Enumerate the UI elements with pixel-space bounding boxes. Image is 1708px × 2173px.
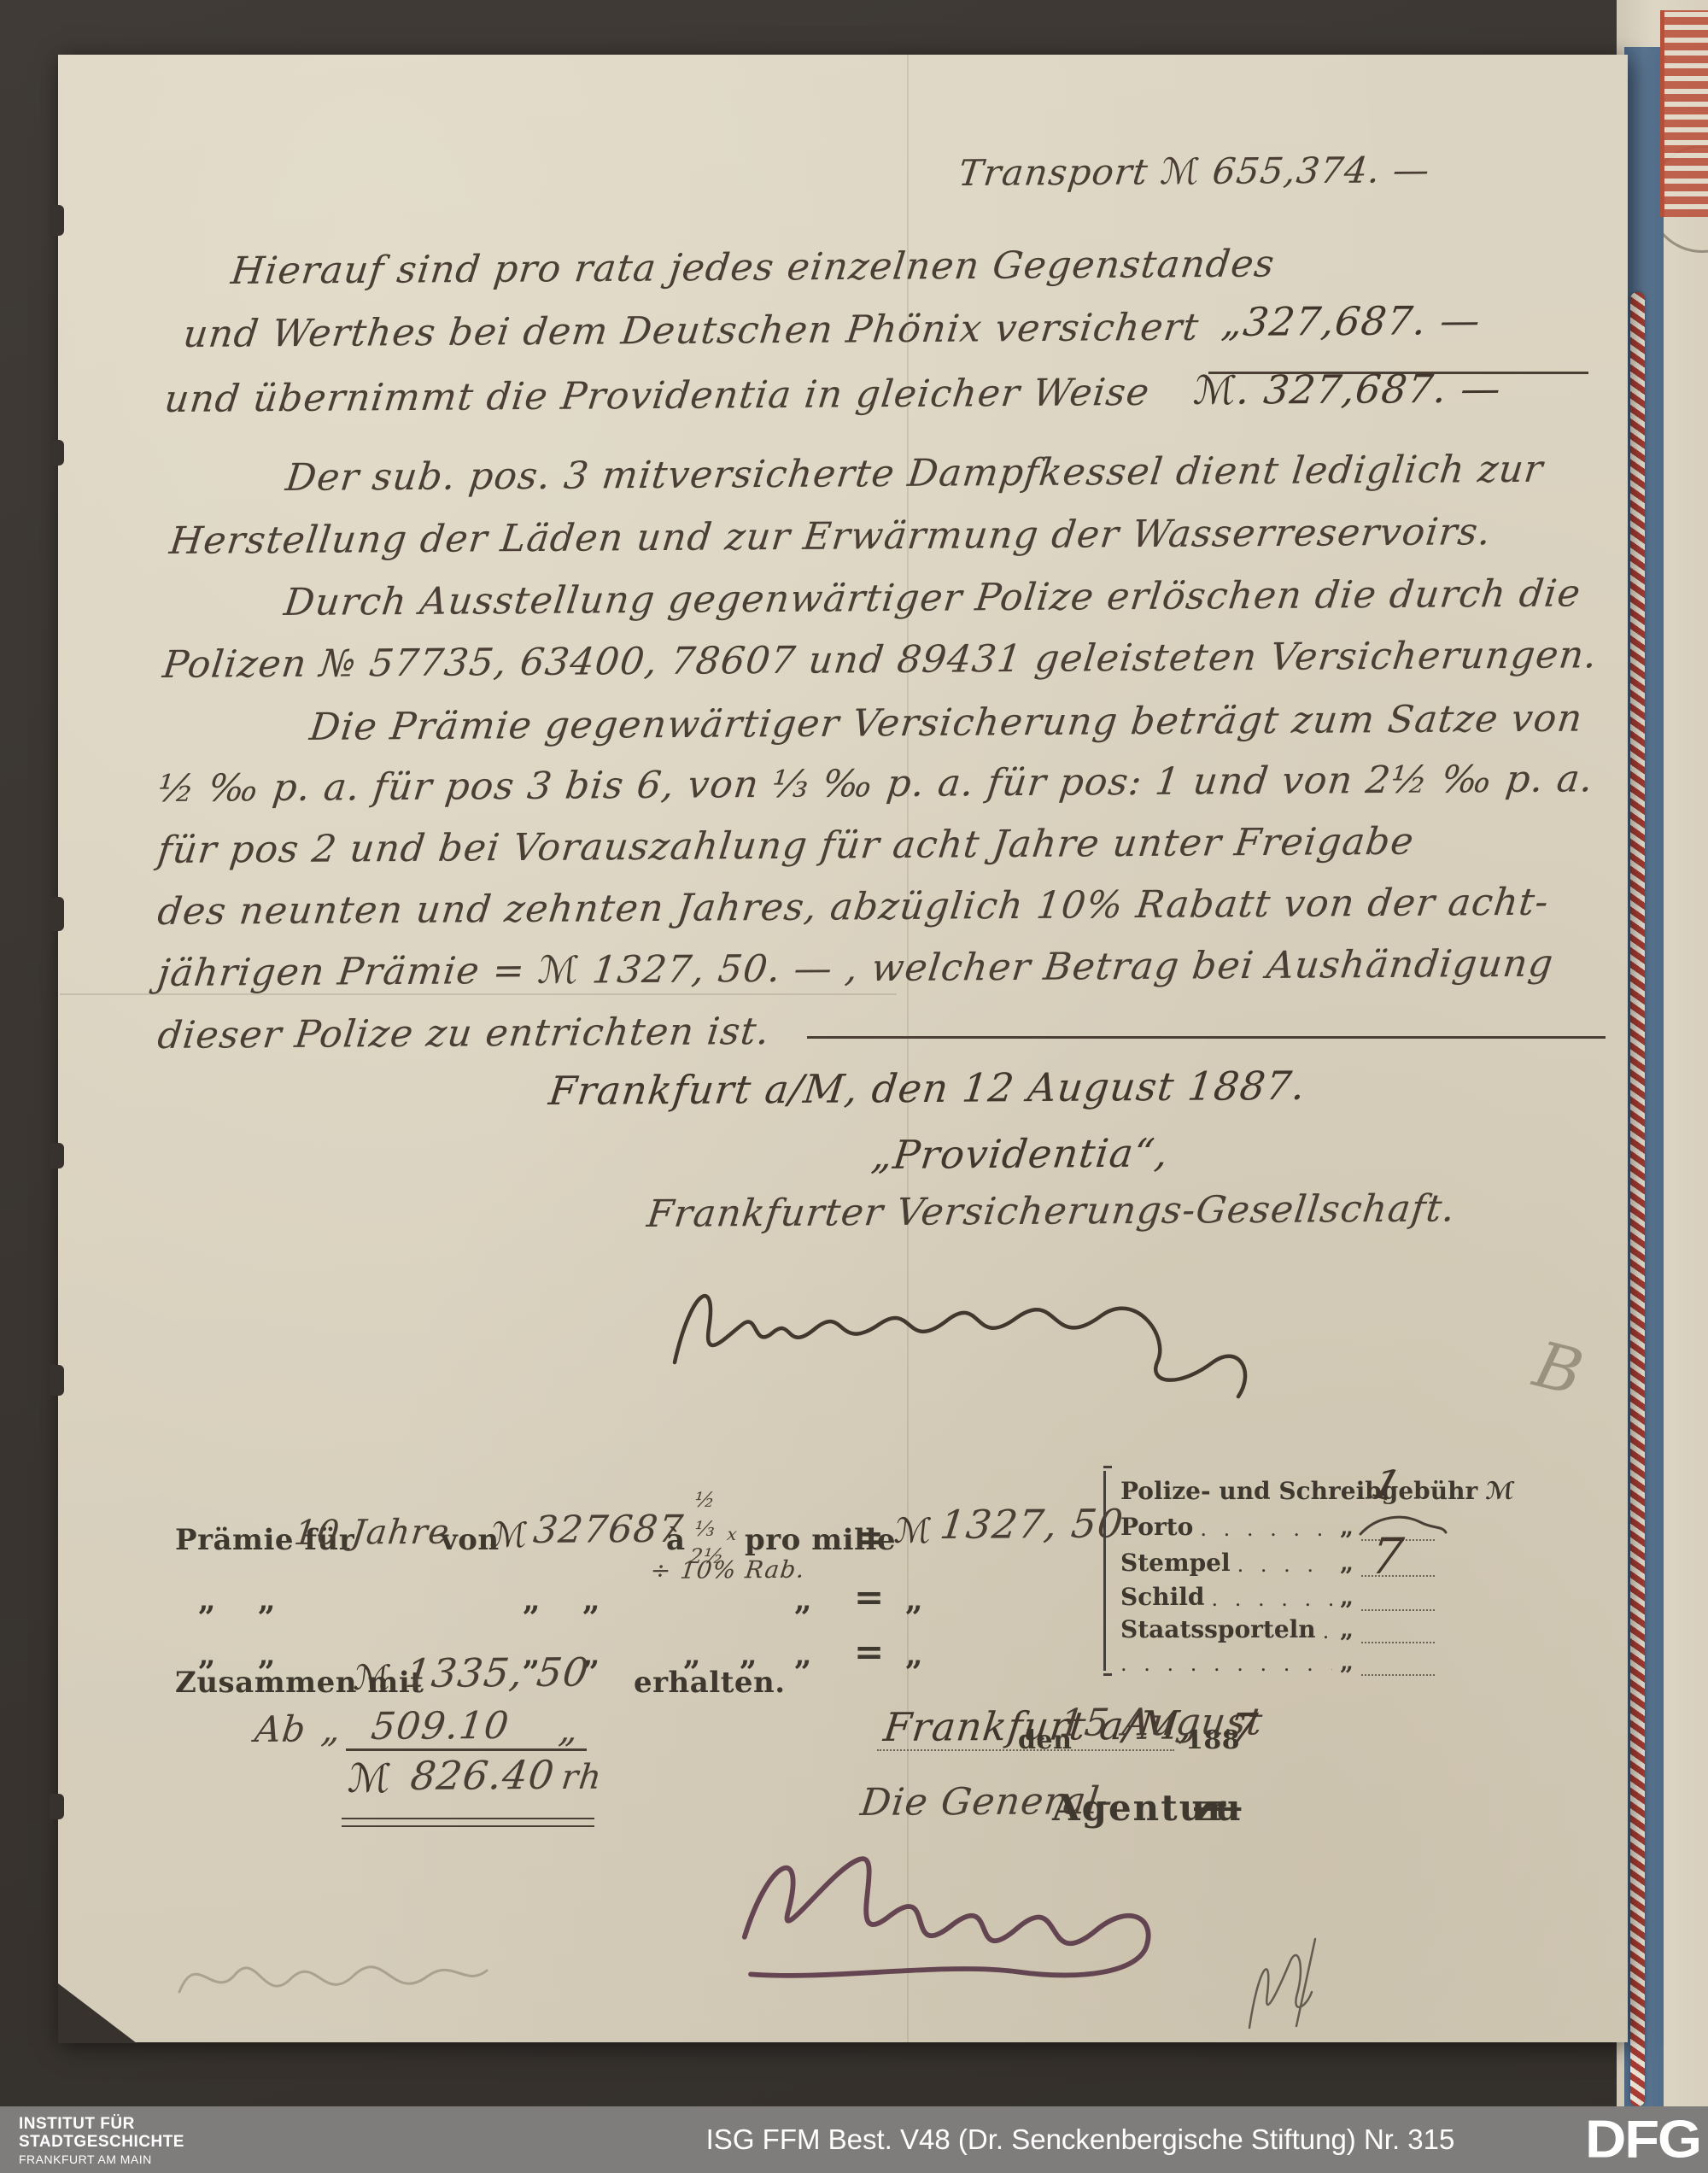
binding-notch bbox=[50, 1794, 64, 1819]
body-line: für pos 2 und bei Vorauszahlung für acht… bbox=[155, 820, 1417, 872]
premium-a: à bbox=[666, 1523, 686, 1557]
amount-phoenix: „327,687. — bbox=[1220, 297, 1483, 345]
net-double-underline bbox=[342, 1818, 594, 1827]
ditto-mark: „ bbox=[794, 1582, 812, 1618]
transport-label: Transport bbox=[956, 150, 1151, 194]
institute-logo-line2: STADTGESCHICHTE bbox=[19, 2133, 184, 2151]
company-subtitle: Frankfurter Versicherungs-Gesellschaft. bbox=[645, 1186, 1458, 1236]
revenue-stamp-fragment bbox=[1660, 10, 1708, 217]
binding-notch bbox=[50, 205, 64, 236]
ditto-mark: „ bbox=[582, 1582, 600, 1618]
ditto-mark: „ bbox=[258, 1582, 276, 1618]
body-line: und übernimmt die Providentia in gleiche… bbox=[162, 371, 1152, 421]
fees-row: Staatssporteln . . . . „ bbox=[1120, 1614, 1435, 1643]
fees-value-line bbox=[1361, 1584, 1435, 1611]
body-line: Die Prämie gegenwärtiger Versicherung be… bbox=[307, 697, 1585, 749]
dot-leader: . . . . . . bbox=[1193, 1517, 1332, 1541]
body-line: Der sub. pos. 3 mitversicherte Dampfkess… bbox=[284, 448, 1546, 500]
premium-sum: 327687 bbox=[531, 1508, 686, 1552]
ditto-mark: „ bbox=[198, 1582, 216, 1618]
ditto-currency: „ bbox=[1332, 1583, 1361, 1611]
amount-providentia: ℳ. 327,687. — bbox=[1191, 365, 1504, 413]
fees-value-line bbox=[1361, 1616, 1435, 1643]
fees-label: Schild bbox=[1120, 1583, 1204, 1611]
pencil-note bbox=[171, 1924, 495, 2018]
fees-row: Schild . . . . . . „ bbox=[1120, 1582, 1435, 1611]
binding-notch bbox=[50, 897, 64, 931]
institute-logo-line3: FRANKFURT AM MAIN bbox=[19, 2153, 184, 2167]
total-amount: 1335, 50 bbox=[403, 1649, 592, 1696]
pencil-initials bbox=[1237, 1932, 1318, 2047]
dot-leader: . . . . . bbox=[1231, 1553, 1332, 1577]
viewer-footer-bar: INSTITUT FÜR STADTGESCHICHTE FRANKFURT A… bbox=[0, 2106, 1708, 2173]
binding-notch bbox=[50, 1365, 64, 1396]
net-amount: 826.40 bbox=[408, 1752, 558, 1799]
equals-sign: = bbox=[854, 1516, 885, 1558]
mark-currency-sign: ℳ bbox=[352, 1659, 394, 1698]
ditto-currency: „ bbox=[1332, 1549, 1361, 1577]
binding-notch bbox=[50, 1143, 64, 1168]
institute-logo-line1: INSTITUT FÜR bbox=[19, 2115, 184, 2133]
premium-years: 10 Jahre bbox=[292, 1513, 452, 1553]
ditto-currency: „ bbox=[1332, 1615, 1361, 1643]
ditto-mark: „ bbox=[905, 1637, 923, 1672]
fee-value-stempel: 7 bbox=[1368, 1527, 1407, 1585]
ab-amount: 509.10 bbox=[369, 1704, 512, 1748]
binding-cord bbox=[1630, 292, 1645, 2106]
dot-leader: . . . . . . bbox=[1204, 1587, 1332, 1611]
mark-currency-sign: ℳ bbox=[1158, 150, 1202, 192]
total-suffix: erhalten. bbox=[634, 1666, 786, 1700]
mark-currency-sign: ℳ bbox=[1484, 1477, 1517, 1505]
premium-amount: 1327, 50 bbox=[938, 1501, 1126, 1548]
ditto-mark: „ bbox=[523, 1582, 541, 1618]
dot-leader: . . . . . . . . . . bbox=[1120, 1652, 1332, 1676]
fees-value-line bbox=[1361, 1649, 1435, 1676]
ab-label: Ab bbox=[253, 1708, 308, 1750]
rabatt-note: ÷ 10% Rab. bbox=[649, 1555, 807, 1584]
binding-notch bbox=[50, 440, 64, 466]
dateline: Frankfurt a/M, den 12 August 1887. bbox=[547, 1063, 1308, 1114]
company-signature bbox=[658, 1234, 1307, 1414]
agency-year-digit: 7 bbox=[1225, 1705, 1261, 1756]
equals-sign: = bbox=[854, 1631, 885, 1672]
body-line: Herstellung der Läden und zur Erwärmung … bbox=[167, 510, 1494, 563]
fees-box-brace bbox=[1103, 1471, 1106, 1671]
net-suffix: rh bbox=[559, 1758, 605, 1797]
closing-rule bbox=[807, 1036, 1606, 1039]
agency-signature bbox=[726, 1802, 1272, 2016]
fees-label: Polize- und Schreibgebühr bbox=[1120, 1477, 1477, 1505]
mark-currency-sign: ℳ bbox=[346, 1755, 395, 1801]
mark-currency-sign: ℳ bbox=[488, 1516, 530, 1555]
transport-amount: 655,374. — bbox=[1210, 149, 1432, 192]
institute-logo: INSTITUT FÜR STADTGESCHICHTE FRANKFURT A… bbox=[19, 2115, 184, 2166]
fees-label: Stempel bbox=[1120, 1549, 1231, 1577]
ditto-mark: „ bbox=[905, 1582, 923, 1618]
body-line: Hierauf sind pro rata jedes einzelnen Ge… bbox=[229, 242, 1278, 293]
dot-leader: . . . . bbox=[1316, 1619, 1332, 1643]
ditto-mark: „ bbox=[794, 1637, 812, 1672]
body-line: dieser Polize zu entrichten ist. bbox=[155, 1010, 773, 1057]
ab-underline bbox=[346, 1748, 587, 1751]
fees-label: Porto bbox=[1120, 1513, 1193, 1541]
transport-line: Transport ℳ 655,374. — bbox=[956, 149, 1432, 194]
body-line: Durch Ausstellung gegenwärtiger Polize e… bbox=[282, 571, 1583, 624]
archive-scan-view: Transport ℳ 655,374. — Hierauf sind pro … bbox=[0, 0, 1708, 2173]
body-line: und Werthes bei dem Deutschen Phönix ver… bbox=[181, 306, 1202, 356]
equals-sign: = bbox=[854, 1576, 885, 1618]
premium-fraction-2: ⅓ bbox=[693, 1517, 717, 1541]
dfg-logo: DFG bbox=[1585, 2110, 1700, 2170]
fees-label: Staatssporteln bbox=[1120, 1615, 1316, 1643]
fees-row: . . . . . . . . . . „ bbox=[1120, 1647, 1435, 1676]
mark-currency-sign: ℳ bbox=[892, 1512, 934, 1551]
archive-reference-caption: ISG FFM Best. V48 (Dr. Senckenbergische … bbox=[706, 2123, 1455, 2156]
company-name: „Providentia“, bbox=[869, 1130, 1172, 1178]
ditto-currency: „ bbox=[1332, 1648, 1361, 1676]
premium-fraction-1: ½ bbox=[693, 1488, 717, 1512]
